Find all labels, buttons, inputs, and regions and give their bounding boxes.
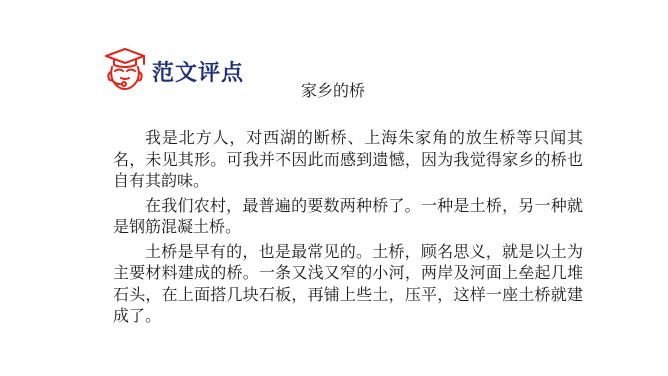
document-title: 家乡的桥 [0, 78, 668, 101]
document-title-text: 家乡的桥 [301, 81, 365, 100]
document-body: 我是北方人，对西湖的断桥、上海朱家角的放生桥等只闻其名，未见其形。可我并不因此而… [113, 127, 583, 330]
paragraph: 在我们农村，最普遍的要数两种桥了。一种是土桥，另一种就是钢筋混凝土桥。 [113, 195, 583, 238]
paragraph: 我是北方人，对西湖的断桥、上海朱家角的放生桥等只闻其名，未见其形。可我并不因此而… [113, 127, 583, 192]
paragraph: 土桥是早有的，也是最常见的。土桥，顾名思义，就是以土为主要材料建成的桥。一条又浅… [113, 241, 583, 327]
